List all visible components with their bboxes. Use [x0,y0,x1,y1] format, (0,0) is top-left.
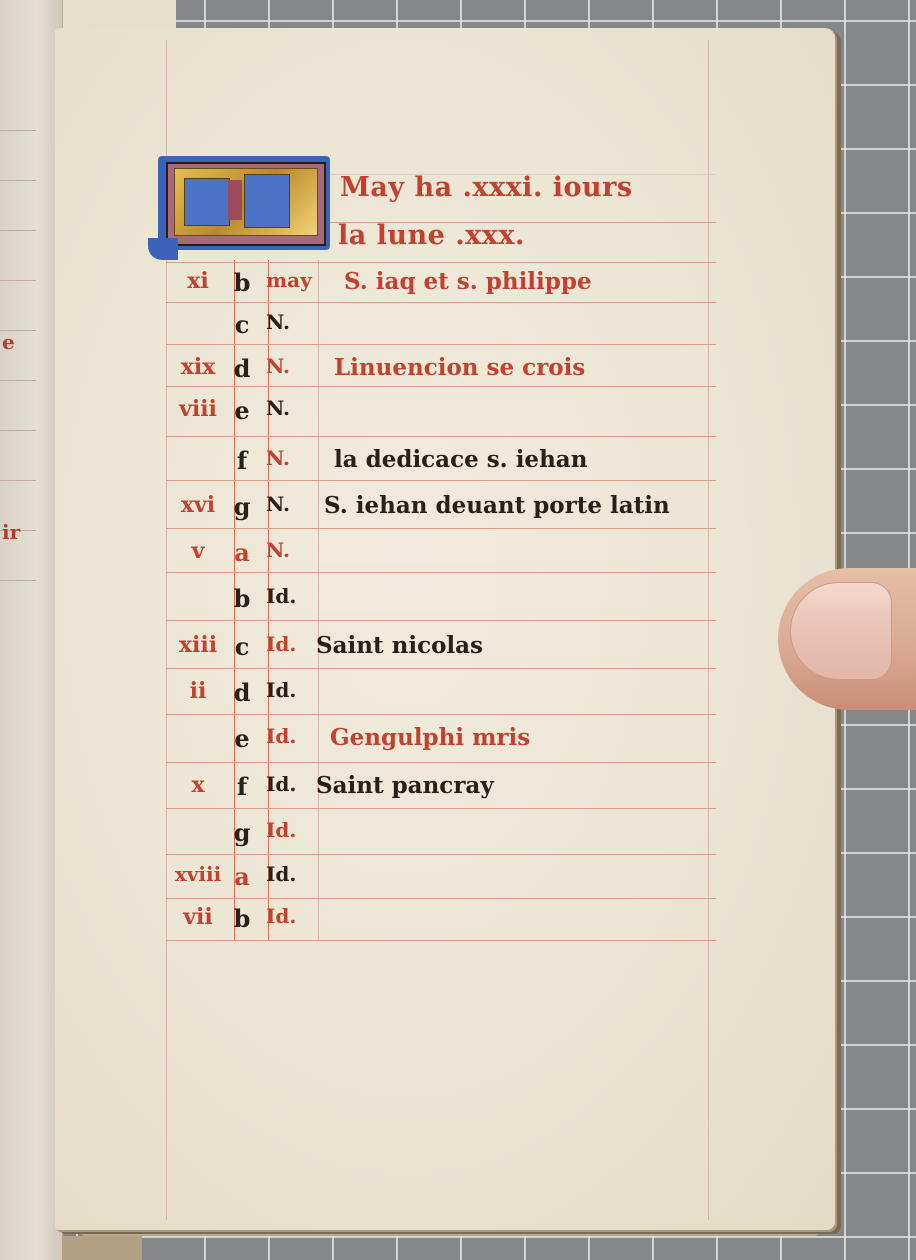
ruling-line [166,528,716,529]
dominical-letter: a [230,862,254,891]
ruling-line [166,668,716,669]
dominical-letter: e [230,396,254,425]
feast-name: S. iehan deuant porte latin [324,492,670,519]
calendar-row: ii d Id. [166,678,706,708]
roman-day: Id. [266,724,316,748]
calendar-row: f N. la dedicace s. iehan [166,446,706,476]
dominical-letter: f [230,446,254,475]
golden-number: xi [168,268,228,294]
ruling-line [166,436,716,437]
calendar-row: xiii c Id. Saint nicolas [166,632,706,662]
top-paper-strip [56,0,176,28]
month-heading-line-1: May ha .xxxi. iours [340,172,633,203]
left-page-fragment: e [2,330,15,354]
roman-day: Id. [266,678,316,702]
roman-day: Id. [266,904,316,928]
left-page-fragment: ir [2,520,20,544]
thumbnail [790,582,892,680]
roman-day: N. [266,538,316,562]
ruling-line-vertical [708,40,709,1220]
ruling-line [166,620,716,621]
calendar-row: x f Id. Saint pancray [166,772,706,802]
dominical-letter: g [230,818,254,847]
golden-number: xviii [168,862,228,886]
dominical-letter: b [230,904,254,933]
calendar-row: xi b may S. iaq et s. philippe [166,268,706,298]
calendar-row: viii e N. [166,396,706,426]
feast-name: Saint nicolas [316,632,483,659]
golden-number: ii [168,678,228,704]
roman-day: Id. [266,818,316,842]
ruling-line [166,808,716,809]
spine-bottom [62,1236,142,1260]
ruling-line [166,898,716,899]
dominical-letter: a [230,538,254,567]
roman-day: Id. [266,772,316,796]
golden-number: x [168,772,228,798]
dominical-letter: b [230,268,254,297]
roman-day: N. [266,310,316,334]
feast-name: S. iaq et s. philippe [344,268,592,295]
feast-name: la dedicace s. iehan [334,446,587,473]
calendar-row: xix d N. Linuencion se crois [166,354,706,384]
dominical-letter: g [230,492,254,521]
feast-name: Linuencion se crois [334,354,585,381]
dominical-letter: c [230,632,254,661]
calendar-row: vii b Id. [166,904,706,934]
calendar-row: xviii a Id. [166,862,706,892]
ruling-line [166,940,716,941]
ruling-line [166,762,716,763]
roman-day: N. [266,492,316,516]
left-page-ghost-ruling: e ir [0,100,36,660]
dominical-letter: f [230,772,254,801]
golden-number: viii [168,396,228,422]
calendar-row: e Id. Gengulphi mris [166,724,706,754]
roman-day: Id. [266,862,316,886]
ruling-line [166,302,716,303]
calendar-row: c N. [166,310,706,340]
left-facing-page: e ir [0,0,63,1260]
ruling-line [166,572,716,573]
roman-day: N. [266,354,316,378]
calendar-row: xvi g N. S. iehan deuant porte latin [166,492,706,522]
ruling-line [166,262,716,263]
ruling-line [166,854,716,855]
dominical-letter: e [230,724,254,753]
roman-day: Id. [266,632,316,656]
golden-number: vii [168,904,228,930]
ruling-line [166,714,716,715]
dominical-letter: d [230,678,254,707]
ruling-line [166,344,716,345]
month-heading-line-2: la lune .xxx. [338,220,525,251]
dominical-letter: d [230,354,254,383]
dominical-letter: c [230,310,254,339]
golden-number: xiii [168,632,228,658]
roman-day: may [266,268,316,292]
roman-day: N. [266,396,316,420]
golden-number: xix [168,354,228,380]
golden-number: xvi [168,492,228,518]
calendar-row: v a N. [166,538,706,568]
feast-name: Saint pancray [316,772,494,799]
calendar-row: b Id. [166,584,706,614]
ruling-line [166,386,716,387]
golden-number: v [168,538,228,564]
dominical-letter: b [230,584,254,613]
feast-name: Gengulphi mris [330,724,530,751]
roman-day: Id. [266,584,316,608]
illuminated-initial-kl: KL [148,150,334,262]
ruling-line [166,480,716,481]
calendar-row: g Id. [166,818,706,848]
roman-day: N. [266,446,316,470]
